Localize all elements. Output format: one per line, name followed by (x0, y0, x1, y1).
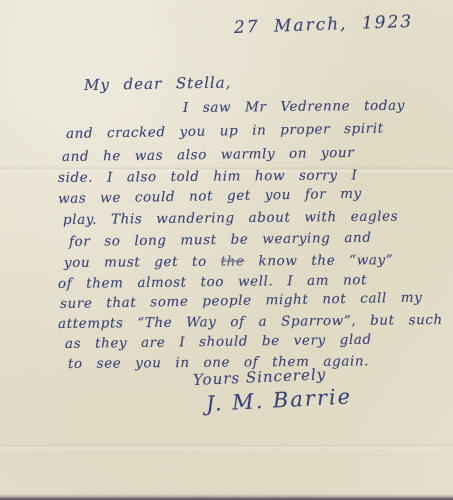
scanned-letter-page: 27 March, 1923 My dear Stella, I saw Mr … (0, 0, 453, 500)
body-line: attempts “The Way of a Sparrow”, but suc… (58, 312, 443, 332)
body-line: sure that some people might not call my (60, 290, 423, 312)
body-line: for so long must be wearying and (69, 230, 372, 250)
body-line: play. This wandering about with eagles (63, 208, 398, 228)
body-line-text: you must get to (64, 254, 207, 271)
letter-date: 27 March, 1923 (234, 12, 414, 38)
paper-bottom-edge-shadow (0, 494, 453, 500)
body-line: as they are I should be very glad (65, 332, 372, 352)
body-line-text: know the “way” (258, 252, 393, 269)
body-line: was we could not get you for my (58, 186, 362, 207)
body-line: and he was also warmly on your (62, 145, 355, 165)
struck-out-word: the (221, 253, 245, 269)
fold-crease-lower (0, 443, 453, 450)
body-line: and cracked you up in proper spirit (66, 120, 384, 142)
body-line: of them almost too well. I am not (58, 272, 367, 292)
body-line: I saw Mr Vedrenne today (183, 98, 405, 116)
letter-salutation: My dear Stella, (84, 73, 232, 94)
body-line: side. I also told him how sorry I (58, 167, 358, 186)
body-line-with-strikethrough: you must get to the know the “way” (64, 252, 393, 271)
letter-signature: J. M. Barrie (205, 384, 352, 416)
